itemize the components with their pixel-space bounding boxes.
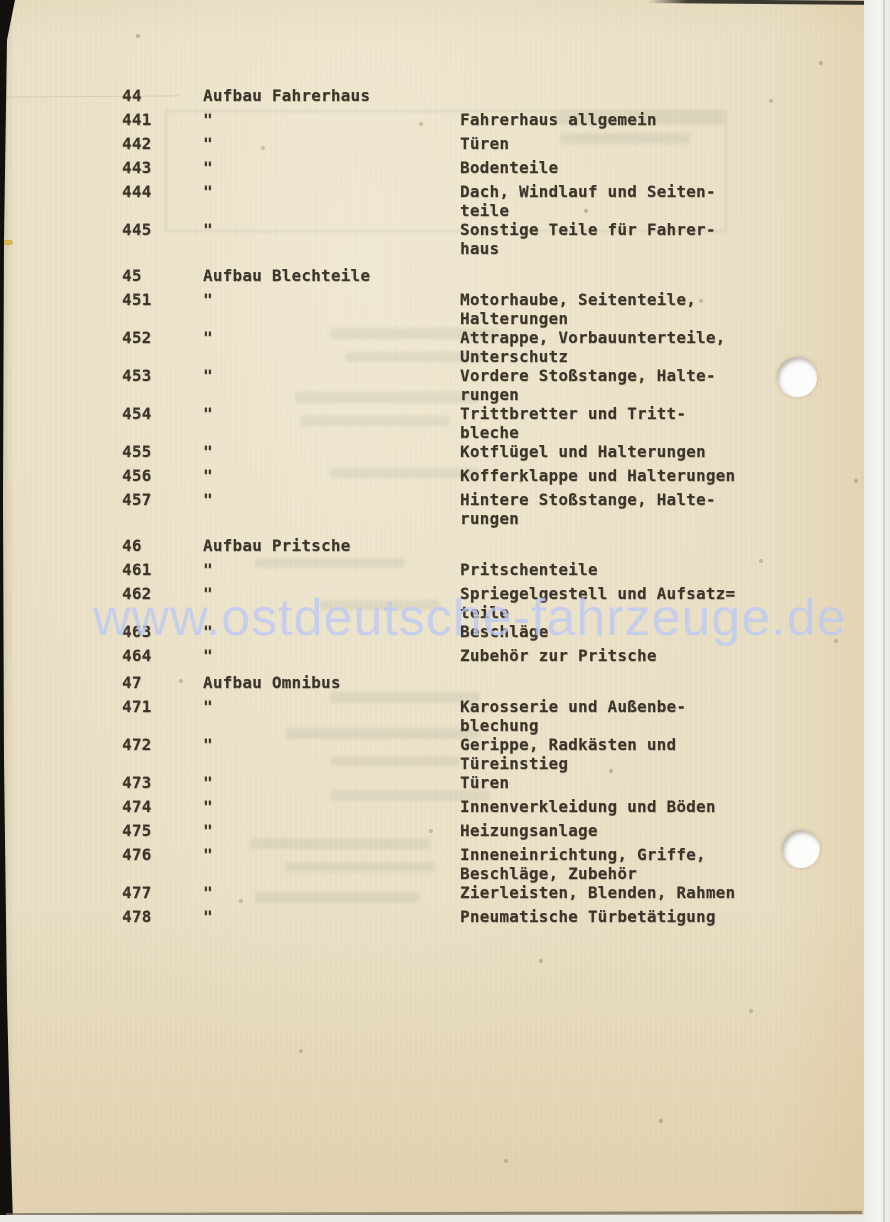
row-description: Zubehör zur Pritsche — [460, 646, 864, 665]
table-row: 444 " Dach, Windlauf und Seiten- teile — [122, 182, 864, 220]
section-desc-empty — [460, 266, 864, 285]
table-row: 461 " Pritschenteile — [122, 560, 864, 579]
ditto-mark: " — [203, 490, 460, 528]
row-description: Karosserie und Außenbe- blechung — [460, 697, 864, 735]
ditto-mark: " — [203, 182, 460, 220]
row-code: 473 — [122, 773, 203, 792]
section-title: Aufbau Omnibus — [203, 673, 460, 692]
section-header-row: 44 Aufbau Fahrerhaus — [122, 86, 864, 105]
table-row: 477 " Zierleisten, Blenden, Rahmen — [122, 883, 864, 902]
row-description: Dach, Windlauf und Seiten- teile — [460, 182, 864, 220]
ditto-mark: " — [203, 134, 460, 153]
row-description: Türen — [460, 134, 864, 153]
table-row: 473 " Türen — [122, 773, 864, 792]
table-row: 454 " Trittbretter und Tritt- bleche — [122, 404, 864, 442]
scanned-page: 44 Aufbau Fahrerhaus 441 " Fahrerhaus al… — [0, 0, 864, 1217]
section-title: Aufbau Fahrerhaus — [203, 86, 460, 105]
ditto-mark: " — [203, 110, 460, 129]
row-description: Sonstige Teile für Fahrer- haus — [460, 220, 864, 258]
punch-hole-bottom — [782, 830, 820, 868]
table-row: 443 " Bodenteile — [122, 158, 864, 177]
table-row: 471 " Karosserie und Außenbe- blechung — [122, 697, 864, 735]
row-description: Pritschenteile — [460, 560, 864, 579]
table-row: 452 " Attrappe, Vorbauunterteile, Unters… — [122, 328, 864, 366]
row-description: Kofferklappe und Halterungen — [460, 466, 864, 485]
ditto-mark: " — [203, 466, 460, 485]
row-description: Pneumatische Türbetätigung — [460, 907, 864, 926]
scanner-background-right — [864, 0, 890, 1222]
row-code: 442 — [122, 134, 203, 153]
section-header-row: 46 Aufbau Pritsche — [122, 536, 864, 555]
row-code: 457 — [122, 490, 203, 528]
row-description: Gerippe, Radkästen und Türeinstieg — [460, 735, 864, 773]
ditto-mark: " — [203, 404, 460, 442]
section-title: Aufbau Pritsche — [203, 536, 460, 555]
section-desc-empty — [460, 86, 864, 105]
scanner-background-bottom — [0, 1215, 890, 1222]
row-code: 478 — [122, 907, 203, 926]
row-description: Motorhaube, Seitenteile, Halterungen — [460, 290, 864, 328]
row-description: Hintere Stoßstange, Halte- rungen — [460, 490, 864, 528]
section-code: 47 — [122, 673, 203, 692]
row-description: Fahrerhaus allgemein — [460, 110, 864, 129]
row-description: Bodenteile — [460, 158, 864, 177]
ditto-mark: " — [203, 220, 460, 258]
ditto-mark: " — [203, 773, 460, 792]
table-row: 476 " Inneneinrichtung, Griffe, Beschläg… — [122, 845, 864, 883]
watermark-text: www.ostdeutsche-fahrzeuge.de — [93, 588, 847, 648]
section-title: Aufbau Blechteile — [203, 266, 460, 285]
ditto-mark: " — [203, 697, 460, 735]
row-code: 445 — [122, 220, 203, 258]
table-row: 451 " Motorhaube, Seitenteile, Halterung… — [122, 290, 864, 328]
section-code: 44 — [122, 86, 203, 105]
row-description: Innenverkleidung und Böden — [460, 797, 864, 816]
row-code: 461 — [122, 560, 203, 579]
row-code: 451 — [122, 290, 203, 328]
ditto-mark: " — [203, 560, 460, 579]
row-code: 452 — [122, 328, 203, 366]
section-header-row: 45 Aufbau Blechteile — [122, 266, 864, 285]
section-desc-empty — [460, 536, 864, 555]
table-row: 442 " Türen — [122, 134, 864, 153]
ditto-mark: " — [203, 158, 460, 177]
row-code: 464 — [122, 646, 203, 665]
row-description: Zierleisten, Blenden, Rahmen — [460, 883, 864, 902]
table-row: 472 " Gerippe, Radkästen und Türeinstieg — [122, 735, 864, 773]
table-row: 445 " Sonstige Teile für Fahrer- haus — [122, 220, 864, 258]
ditto-mark: " — [203, 366, 460, 404]
ditto-mark: " — [203, 907, 460, 926]
row-code: 443 — [122, 158, 203, 177]
table-row: 453 " Vordere Stoßstange, Halte- rungen — [122, 366, 864, 404]
ditto-mark: " — [203, 845, 460, 883]
table-row: 455 " Kotflügel und Halterungen — [122, 442, 864, 461]
row-code: 472 — [122, 735, 203, 773]
ditto-mark: " — [203, 735, 460, 773]
row-description: Trittbretter und Tritt- bleche — [460, 404, 864, 442]
table-row: 441 " Fahrerhaus allgemein — [122, 110, 864, 129]
section-code: 45 — [122, 266, 203, 285]
table-row: 456 " Kofferklappe und Halterungen — [122, 466, 864, 485]
row-code: 441 — [122, 110, 203, 129]
row-description: Türen — [460, 773, 864, 792]
scanner-background-line — [883, 0, 885, 1222]
punch-hole-top — [777, 357, 817, 397]
parts-list: 44 Aufbau Fahrerhaus 441 " Fahrerhaus al… — [0, 0, 864, 931]
section-desc-empty — [460, 673, 864, 692]
section-header-row: 47 Aufbau Omnibus — [122, 673, 864, 692]
ditto-mark: " — [203, 646, 460, 665]
ditto-mark: " — [203, 328, 460, 366]
row-code: 454 — [122, 404, 203, 442]
section-code: 46 — [122, 536, 203, 555]
row-code: 474 — [122, 797, 203, 816]
row-code: 455 — [122, 442, 203, 461]
ditto-mark: " — [203, 821, 460, 840]
ditto-mark: " — [203, 797, 460, 816]
table-row: 457 " Hintere Stoßstange, Halte- rungen — [122, 490, 864, 528]
table-row: 474 " Innenverkleidung und Böden — [122, 797, 864, 816]
row-code: 444 — [122, 182, 203, 220]
row-code: 475 — [122, 821, 203, 840]
row-code: 456 — [122, 466, 203, 485]
row-code: 476 — [122, 845, 203, 883]
ditto-mark: " — [203, 442, 460, 461]
ditto-mark: " — [203, 290, 460, 328]
table-row: 475 " Heizungsanlage — [122, 821, 864, 840]
row-description: Kotflügel und Halterungen — [460, 442, 864, 461]
row-code: 453 — [122, 366, 203, 404]
table-row: 464 " Zubehör zur Pritsche — [122, 646, 864, 665]
table-row: 478 " Pneumatische Türbetätigung — [122, 907, 864, 926]
row-code: 477 — [122, 883, 203, 902]
ditto-mark: " — [203, 883, 460, 902]
row-code: 471 — [122, 697, 203, 735]
